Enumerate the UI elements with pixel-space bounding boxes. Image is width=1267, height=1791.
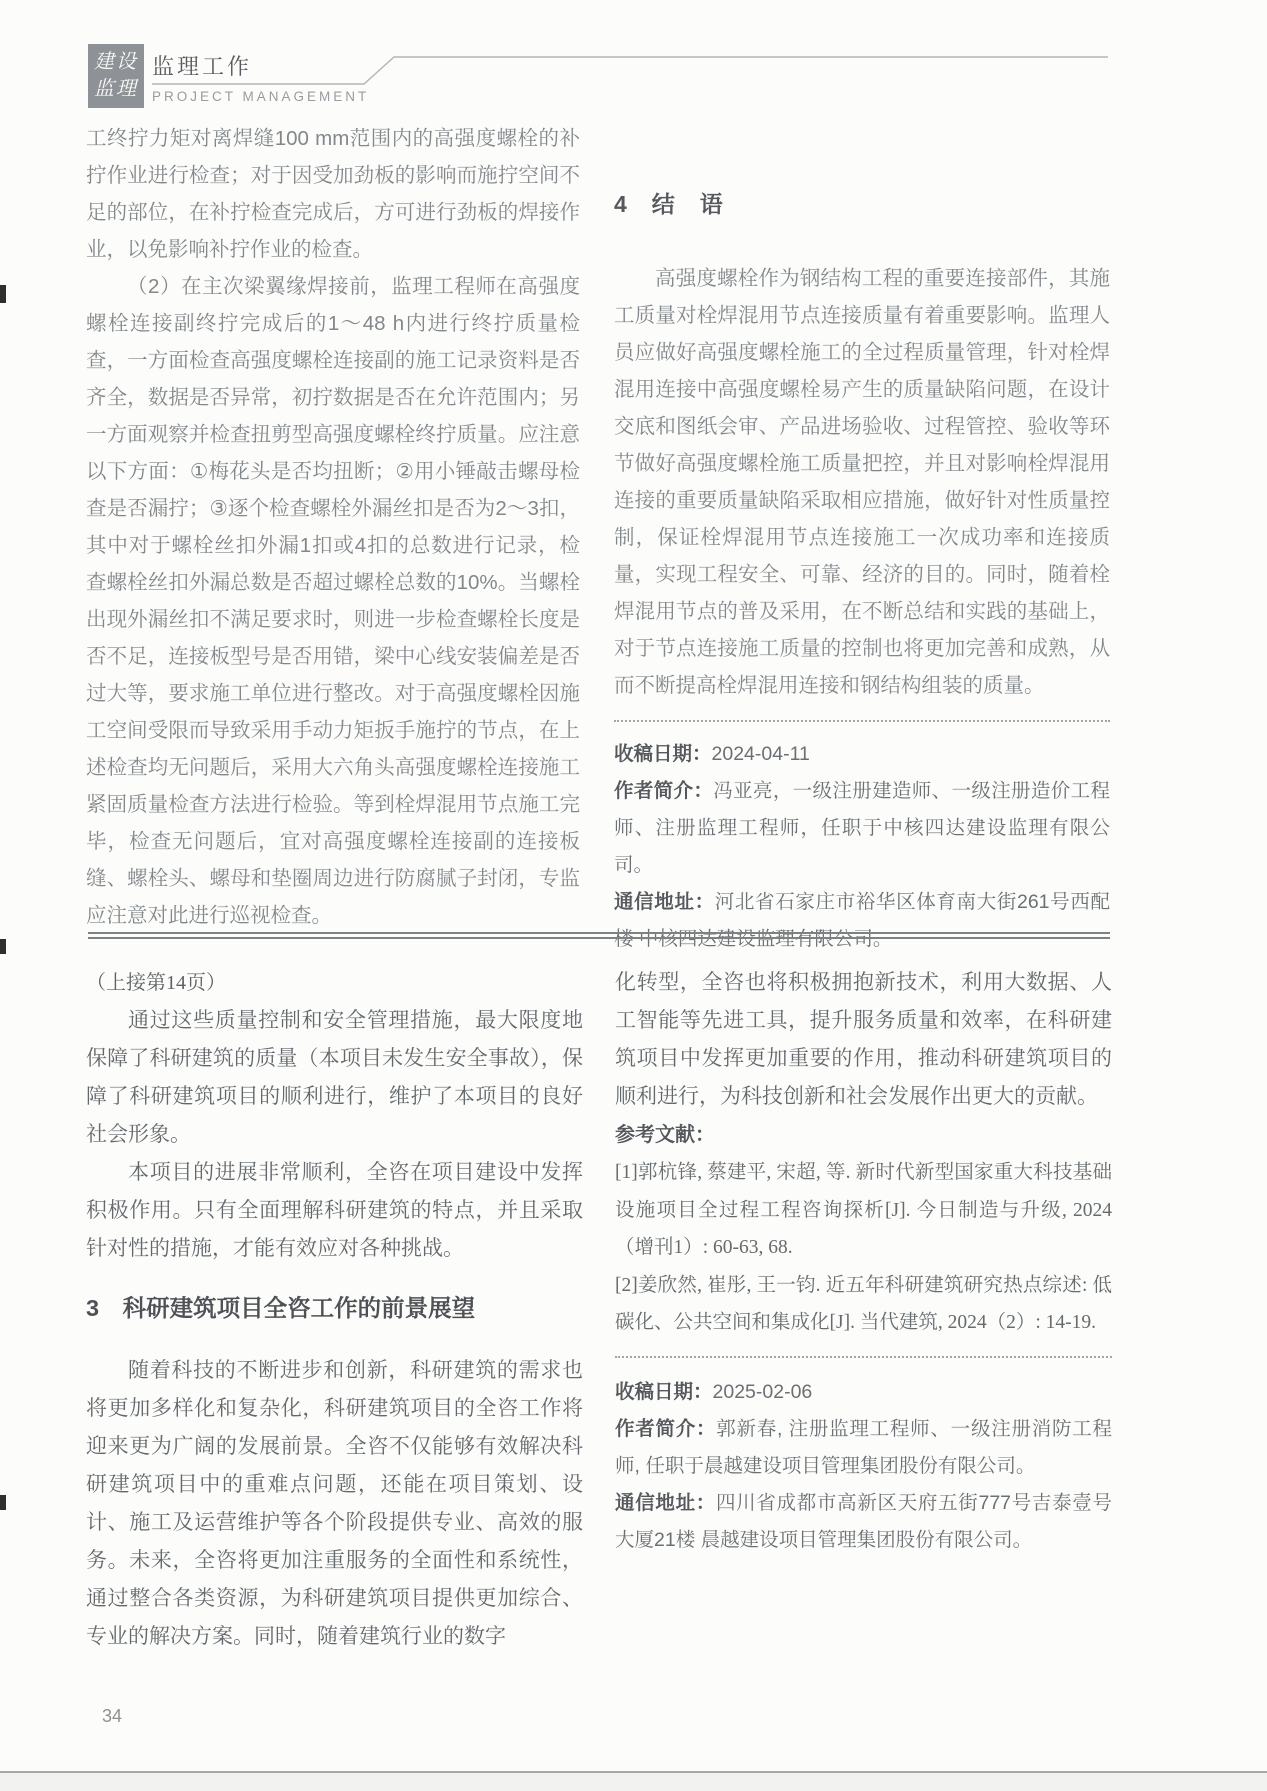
article2-left-column: （上接第14页） 通过这些质量控制和安全管理措施，最大限度地保障了科研建筑的质量… xyxy=(86,964,583,1656)
reference-item-2: [2]姜欣然, 崔彤, 王一钧. 近五年科研建筑研究热点综述: 低碳化、公共空间… xyxy=(615,1267,1112,1342)
address-label: 通信地址： xyxy=(615,1492,716,1514)
reference-item-1: [1]郭杭锋, 蔡建平, 宋超, 等. 新时代新型国家重大科技基础设施项目全过程… xyxy=(615,1154,1112,1267)
author-bio-label: 作者简介： xyxy=(614,780,713,802)
article1-paragraph-2: （2）在主次梁翼缘焊接前，监理工程师在高强度螺栓连接副终拧完成后的1～48 h内… xyxy=(86,268,580,934)
address-label: 通信地址： xyxy=(614,891,715,913)
article2-paragraph-2: 本项目的进展非常顺利，全咨在项目建设中发挥积极作用。只有全面理解科研建筑的特点，… xyxy=(86,1154,583,1268)
author-bio-label: 作者简介： xyxy=(615,1418,716,1440)
article2-paragraph-1: 通过这些质量控制和安全管理措施，最大限度地保障了科研建筑的质量（本项目未发生安全… xyxy=(86,1002,583,1154)
received-date-label: 收稿日期： xyxy=(615,1381,713,1403)
article2-paragraph-3: 随着科技的不断进步和创新，科研建筑的需求也将更加多样化和复杂化，科研建筑项目的全… xyxy=(86,1352,583,1656)
page-number: 34 xyxy=(102,1706,122,1727)
received-date-line: 收稿日期：2024-04-11 xyxy=(614,736,1110,773)
conclusion-heading: 4 结 语 xyxy=(614,190,1110,218)
article1-section: 工终拧力矩对离焊缝100 mm范围内的高强度螺栓的补拧作业进行检查；对于因受加劲… xyxy=(86,120,1110,958)
article2-paragraph-continuation: 化转型，全咨也将积极拥抱新技术，利用大数据、人工智能等先进工具，提升服务质量和效… xyxy=(615,964,1112,1116)
references-label: 参考文献： xyxy=(615,1116,1112,1154)
article2-right-column: 化转型，全咨也将积极拥抱新技术，利用大数据、人工智能等先进工具，提升服务质量和效… xyxy=(615,964,1112,1656)
dotted-divider xyxy=(614,720,1110,722)
received-date-value: 2025-02-06 xyxy=(713,1381,813,1403)
page-bottom-scan-shadow xyxy=(0,1773,1267,1791)
article2-section: （上接第14页） 通过这些质量控制和安全管理措施，最大限度地保障了科研建筑的质量… xyxy=(86,964,1112,1656)
dotted-divider xyxy=(615,1356,1112,1358)
received-date-value: 2024-04-11 xyxy=(712,743,810,765)
received-date-line: 收稿日期：2025-02-06 xyxy=(615,1374,1112,1411)
received-date-label: 收稿日期： xyxy=(614,743,712,765)
page-bottom-edge-line xyxy=(0,1771,1267,1773)
article2-meta-block: 收稿日期：2025-02-06 作者简介：郭新春, 注册监理工程师、一级注册消防… xyxy=(615,1374,1112,1559)
continued-from-page-note: （上接第14页） xyxy=(86,964,583,1002)
article1-right-column: 4 结 语 高强度螺栓作为钢结构工程的重要连接部件，其施工质量对栓焊混用节点连接… xyxy=(614,120,1110,958)
address-line: 通信地址：四川省成都市高新区天府五街777号吉泰壹号大厦21楼 晨越建设项目管理… xyxy=(615,1485,1112,1559)
section3-heading: 3 科研建筑项目全咨工作的前景展望 xyxy=(86,1294,583,1322)
article1-meta-block: 收稿日期：2024-04-11 作者简介：冯亚亮，一级注册建造师、一级注册造价工… xyxy=(614,736,1110,958)
article1-paragraph-continuation: 工终拧力矩对离焊缝100 mm范围内的高强度螺栓的补拧作业进行检查；对于因受加劲… xyxy=(86,120,580,268)
address-line: 通信地址：河北省石家庄市裕华区体育南大街261号西配楼 中核四达建设监理有限公司… xyxy=(614,884,1110,958)
header-rule-line xyxy=(0,0,1267,130)
conclusion-paragraph: 高强度螺栓作为钢结构工程的重要连接部件，其施工质量对栓焊混用节点连接质量有着重要… xyxy=(614,260,1110,704)
article1-left-column: 工终拧力矩对离焊缝100 mm范围内的高强度螺栓的补拧作业进行检查；对于因受加劲… xyxy=(86,120,580,958)
magazine-page: 建设 监理 监理工作 PROJECT MANAGEMENT 工终拧力矩对离焊缝1… xyxy=(0,0,1267,1791)
scan-edge-mark xyxy=(0,939,6,954)
scan-edge-mark xyxy=(0,285,6,303)
author-bio-line: 作者简介：冯亚亮，一级注册建造师、一级注册造价工程师、注册监理工程师，任职于中核… xyxy=(614,773,1110,884)
scan-edge-mark xyxy=(0,1495,6,1510)
double-rule-divider xyxy=(88,932,1110,939)
author-bio-line: 作者简介：郭新春, 注册监理工程师、一级注册消防工程师, 任职于晨越建设项目管理… xyxy=(615,1411,1112,1485)
